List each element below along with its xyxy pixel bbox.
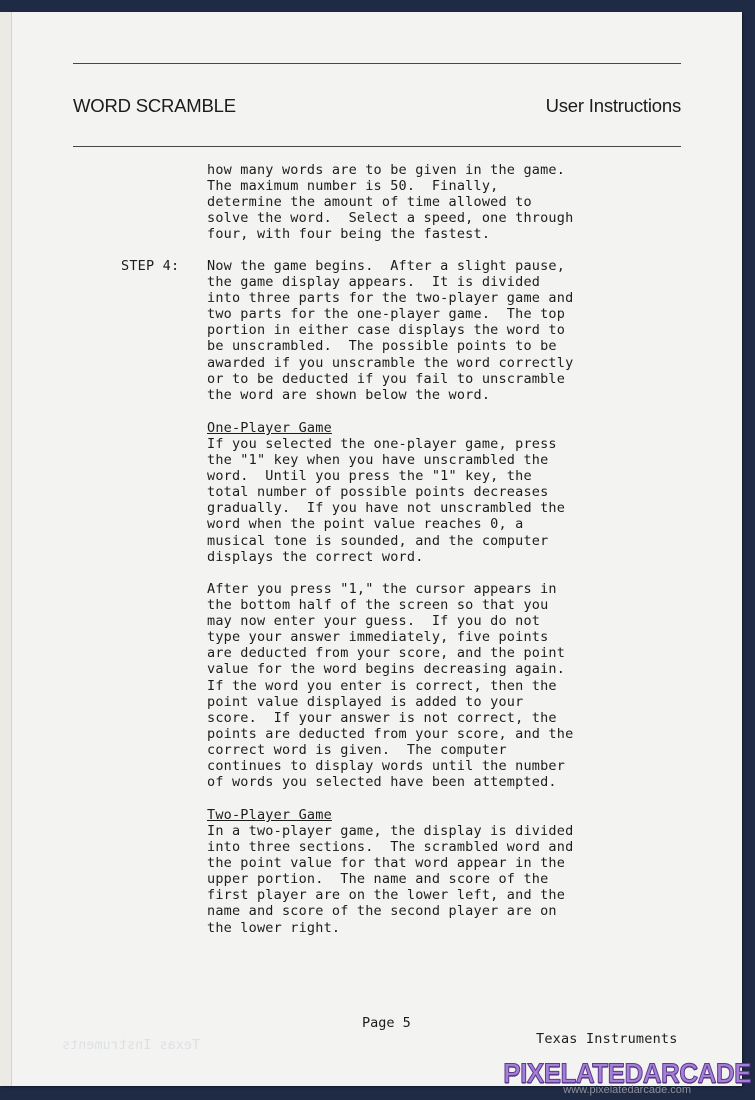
bleed-through-text: Texas Instruments [62,1037,200,1053]
footer-brand: Texas Instruments [536,1031,678,1047]
page-binding-edge [0,12,12,1086]
two-player-heading: Two-Player Game [207,807,332,823]
watermark-logo: PIXELATEDARCADE [503,1059,751,1086]
section-title: User Instructions [546,95,681,117]
intro-paragraph: how many words are to be given in the ga… [207,162,573,242]
header-rule-bottom [73,146,681,147]
step-4-paragraph: Now the game begins. After a slight paus… [207,258,573,403]
watermark: PIXELATEDARCADE www.pixelatedarcade.com [503,1060,751,1096]
manual-page: WORD SCRAMBLE User Instructions how many… [0,12,742,1086]
two-player-paragraph: In a two-player game, the display is div… [207,823,573,936]
one-player-heading: One-Player Game [207,420,332,436]
header-rule-top [73,63,681,64]
step-4-label: STEP 4: [121,258,179,274]
document-title: WORD SCRAMBLE [73,95,236,117]
page-number: Page 5 [362,1015,411,1031]
one-player-paragraph-2: After you press "1," the cursor appears … [207,581,573,790]
one-player-paragraph-1: If you selected the one-player game, pre… [207,436,565,565]
